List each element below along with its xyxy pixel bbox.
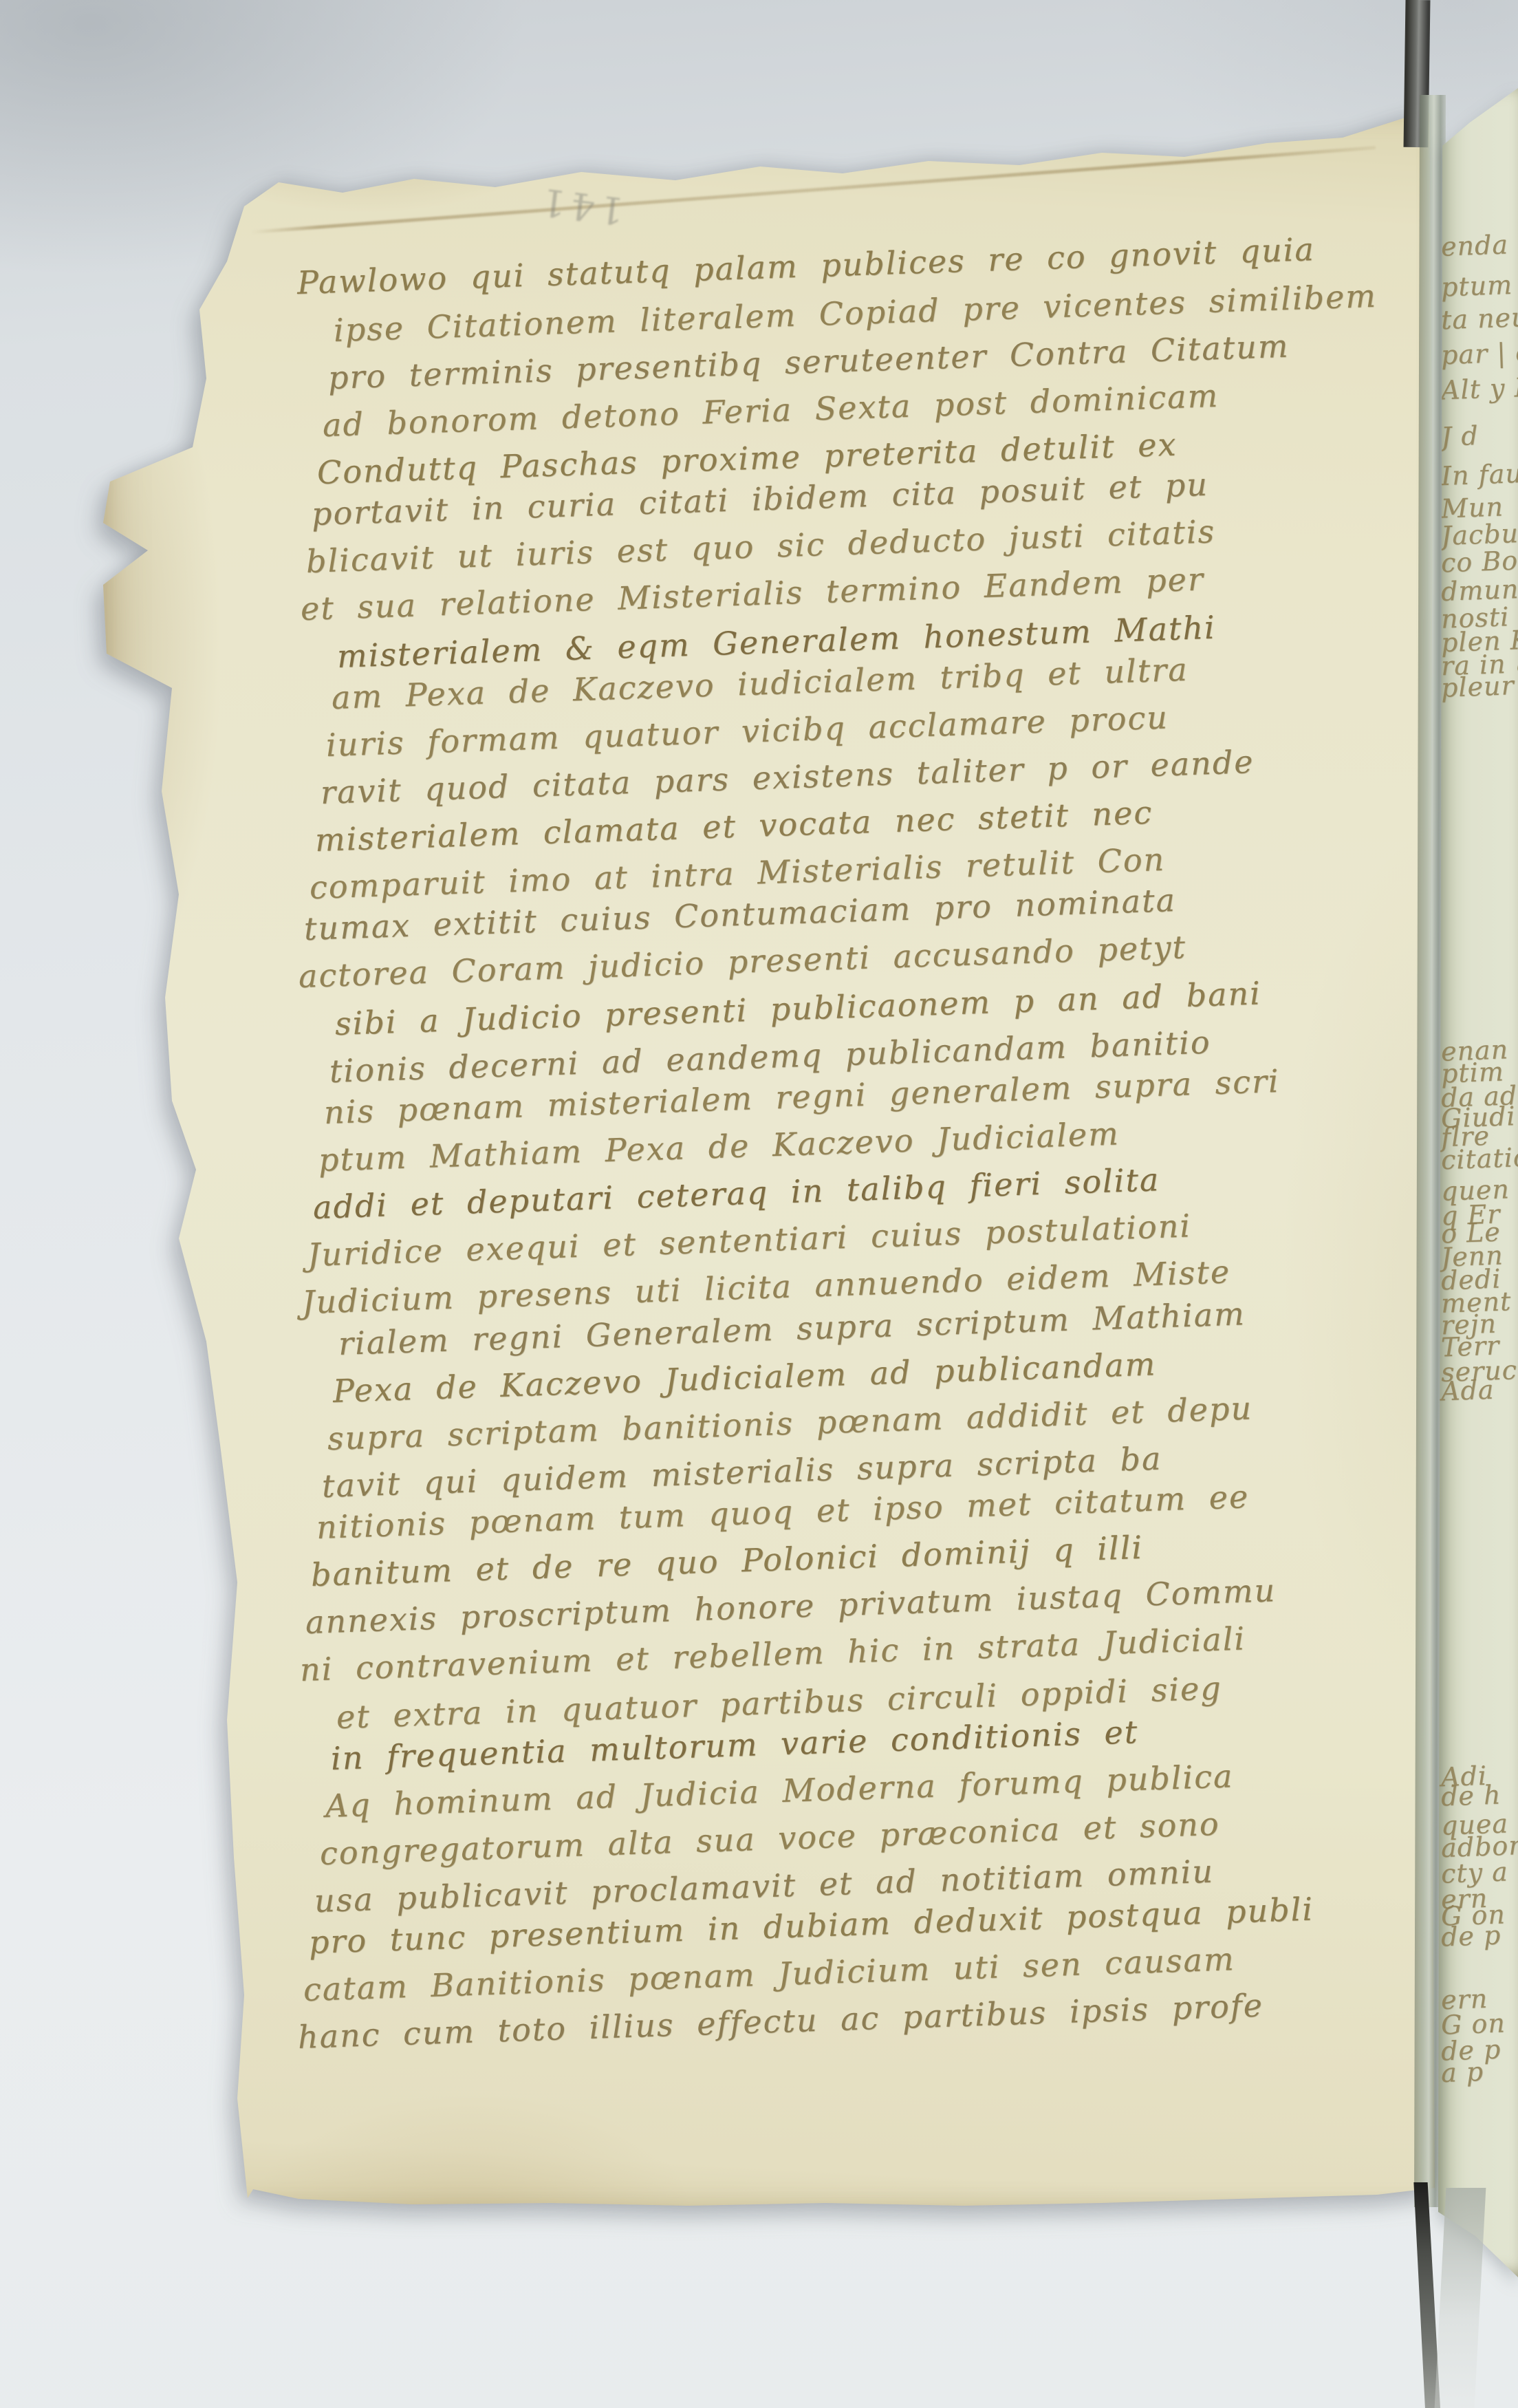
right-page-text-fragment: de p xyxy=(1440,1920,1501,1952)
right-page-text-fragment: par | c xyxy=(1440,337,1518,371)
right-page-shadow-wrap: endaptum ùta neupar | cAlt y BJ dIn fauM… xyxy=(0,0,1518,2408)
right-page-text-fragment: enda xyxy=(1440,229,1508,261)
right-page-text-fragment: In fau xyxy=(1440,458,1518,491)
manuscript-scan-photo: 141 Pawlowo qui statutq palam publices r… xyxy=(0,0,1518,2408)
right-page-text-fragment: a p xyxy=(1440,2056,1484,2088)
right-page-text-fragment: J d xyxy=(1440,420,1479,452)
right-page-text-fragment: ta neu xyxy=(1440,302,1518,335)
right-page-text-fragment: co Bon xyxy=(1440,545,1518,579)
right-page-text-fragment: de h xyxy=(1440,1779,1501,1812)
right-page-text-fragment: citatio xyxy=(1440,1142,1518,1175)
manuscript-right-page: endaptum ùta neupar | cAlt y BJ dIn fauM… xyxy=(1434,83,1518,2277)
right-page-text-fragment: pleur xyxy=(1440,670,1515,703)
right-page-text-fragment: ptum ù xyxy=(1440,269,1518,303)
right-page-text-fragment: Ada xyxy=(1440,1375,1495,1407)
right-page-text-block: endaptum ùta neupar | cAlt y BJ dIn fauM… xyxy=(1434,83,1518,2277)
right-page-text-fragment: Alt y B xyxy=(1440,372,1518,406)
